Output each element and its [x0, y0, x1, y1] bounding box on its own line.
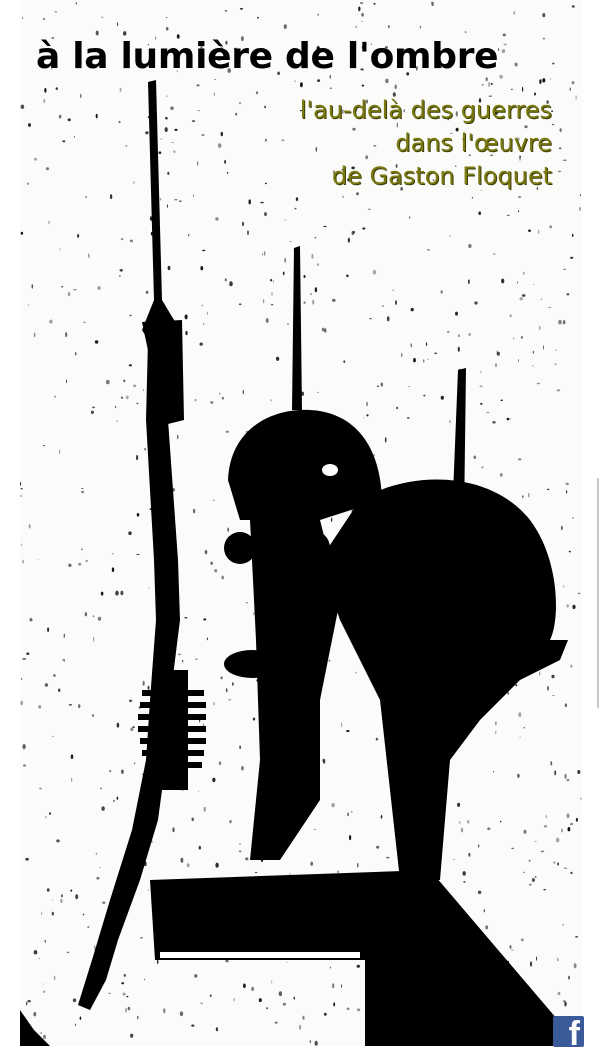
poster-title: à la lumière de l'ombre — [36, 36, 498, 77]
subtitle-line-3: de Gaston Floquet — [300, 160, 552, 193]
subtitle-line-1: l'au-delà des guerres — [300, 94, 552, 127]
scrollbar[interactable] — [597, 478, 599, 708]
poster: à la lumière de l'ombre l'au-delà des gu… — [20, 0, 582, 1046]
subtitle-line-2: dans l'œuvre — [300, 127, 552, 160]
facebook-label: f — [569, 1017, 580, 1049]
facebook-icon[interactable]: f — [553, 1016, 584, 1047]
poster-subtitle: l'au-delà des guerres dans l'œuvre de Ga… — [300, 94, 552, 193]
